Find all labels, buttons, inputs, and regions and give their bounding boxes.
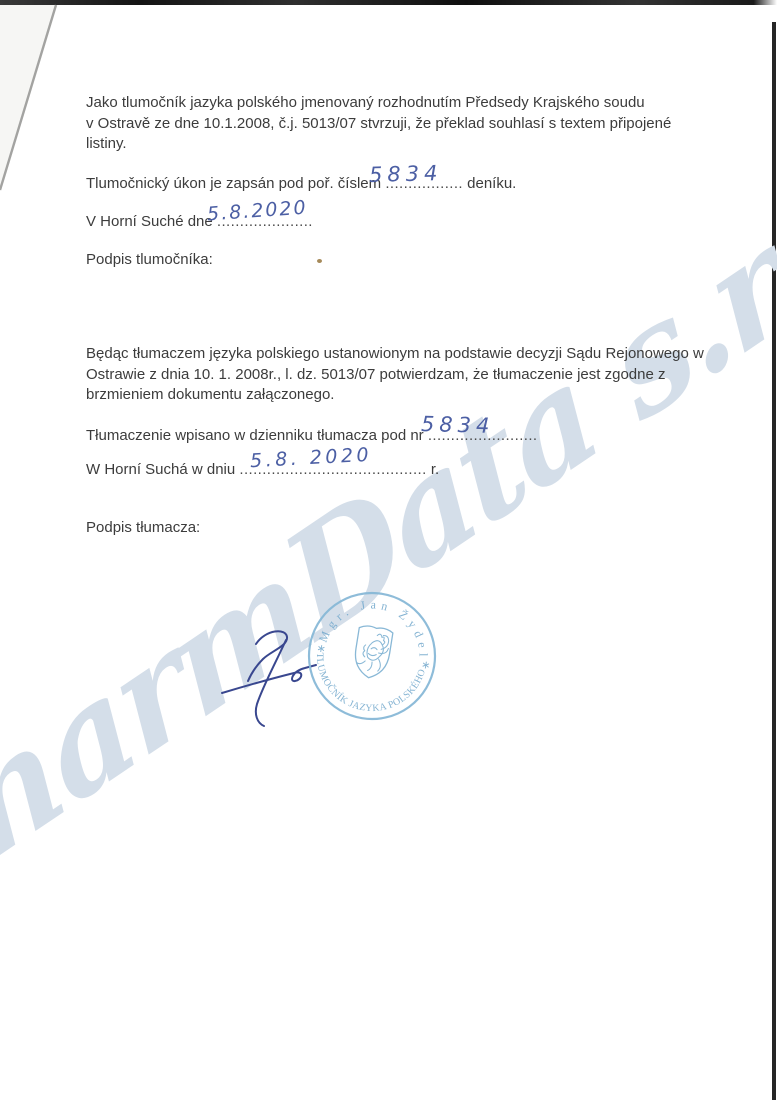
scan-top-edge	[0, 0, 777, 5]
entry-number-prefix-pl: Tłumaczenie wpisano w dzienniku tłumacza…	[86, 427, 428, 444]
handwritten-entry-number-pl: 5834	[421, 412, 495, 438]
stamp-star-left: ∗	[316, 641, 327, 655]
scanned-document-page: PharmData s.r.o. Jako tlumočník jazyka p…	[0, 0, 777, 1100]
signature-label-cs: Podpis tlumočníka:	[86, 250, 213, 271]
signature-label-pl: Podpis tłumacza:	[86, 518, 200, 539]
scan-right-edge	[772, 22, 776, 1100]
handwritten-entry-number-cs: 5834	[369, 161, 443, 187]
stamp-star-right: ∗	[420, 658, 431, 672]
translator-stamp: Mgr. Jan Žydel TLUMOČNÍK JAZYKA POLSKÉHO…	[292, 576, 452, 736]
date-suffix-pl: r.	[427, 461, 440, 478]
date-prefix-pl: W Horní Suchá w dniu	[86, 461, 239, 478]
entry-number-suffix-cs: deníku.	[463, 175, 516, 192]
entry-number-line-cs: Tlumočnický úkon je zapsán pod poř. čísl…	[86, 174, 516, 195]
stamp-title-arc: TLUMOČNÍK JAZYKA POLSKÉHO	[306, 651, 429, 723]
certification-paragraph-cs: Jako tlumočník jazyka polského jmenovaný…	[86, 93, 736, 155]
certification-paragraph-pl: Będąc tłumaczem języka polskiego ustanow…	[86, 344, 736, 406]
stamp-shield	[352, 625, 394, 681]
date-prefix-cs: V Horní Suché dne	[86, 213, 217, 230]
page-corner-fold	[0, 0, 70, 200]
ink-speck	[317, 259, 322, 263]
entry-number-prefix-cs: Tlumočnický úkon je zapsán pod poř. čísl…	[86, 175, 385, 192]
